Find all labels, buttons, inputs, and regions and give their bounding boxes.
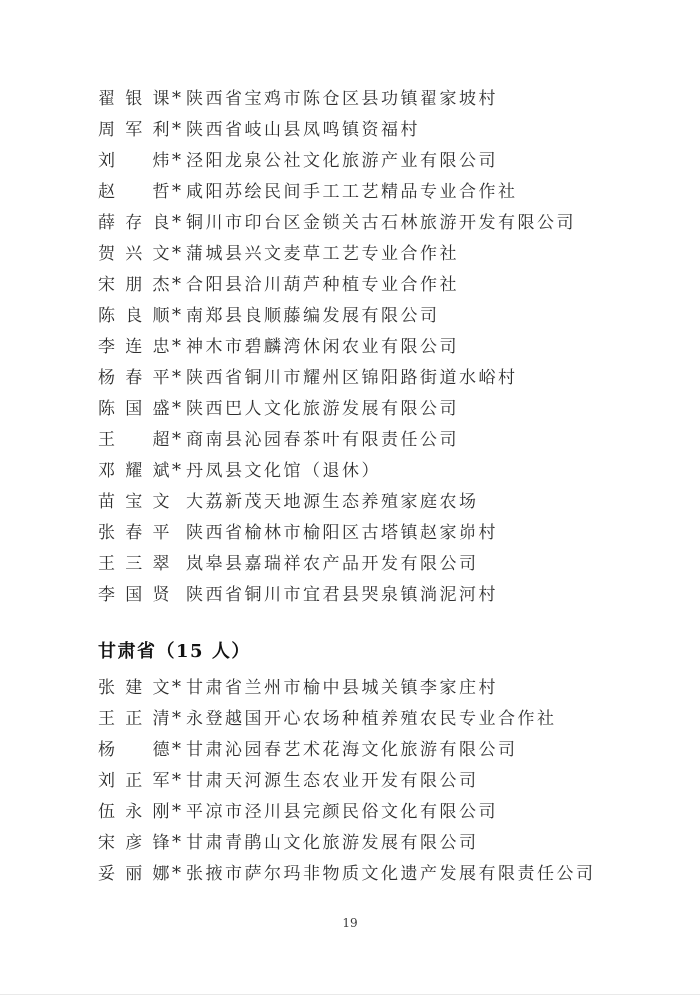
recommended-star-marker: * (172, 367, 186, 388)
organization-name: 蒲城县兴文麦草工艺专业合作社 (186, 239, 459, 264)
organization-name: 甘肃省兰州市榆中县城关镇李家庄村 (186, 673, 498, 698)
person-name: 邓耀斌 (98, 456, 172, 481)
person-name: 伍永刚 (98, 797, 172, 822)
recommended-star-marker: * (172, 398, 186, 419)
person-name: 妥丽娜 (98, 859, 172, 884)
roster-row: 王正清 * 永登越国开心农场种植养殖农民专业合作社 (98, 701, 670, 732)
organization-name: 咸阳苏绘民间手工工艺精品专业合作社 (186, 177, 518, 202)
recommended-star-marker: * (172, 832, 186, 853)
organization-name: 甘肃青鹃山文化旅游发展有限公司 (186, 828, 479, 853)
roster-row: 陈国盛 * 陕西巴人文化旅游发展有限公司 (98, 391, 670, 422)
organization-name: 甘肃沁园春艺术花海文化旅游有限公司 (186, 735, 518, 760)
person-name: 宋彦锋 (98, 828, 172, 853)
page-number: 19 (342, 916, 357, 930)
roster-row: 杨 德 * 甘肃沁园春艺术花海文化旅游有限公司 (98, 732, 670, 763)
person-name: 刘 炜 (98, 146, 172, 171)
person-name: 张建文 (98, 673, 172, 698)
page-footer: 19 (0, 916, 700, 930)
organization-name: 泾阳龙泉公社文化旅游产业有限公司 (186, 146, 498, 171)
organization-name: 商南县沁园春茶叶有限责任公司 (186, 425, 459, 450)
organization-name: 合阳县洽川葫芦种植专业合作社 (186, 270, 459, 295)
recommended-star-marker: * (172, 770, 186, 791)
roster-row: 宋朋杰 * 合阳县洽川葫芦种植专业合作社 (98, 267, 670, 298)
person-name: 王正清 (98, 704, 172, 729)
roster-content: 翟银课 * 陕西省宝鸡市陈仓区县功镇翟家坡村 周军利 * 陕西省岐山县凤鸣镇资福… (98, 81, 670, 887)
recommended-star-marker: * (172, 212, 186, 233)
recommended-star-marker: * (172, 460, 186, 481)
organization-name: 平凉市泾川县完颜民俗文化有限公司 (186, 797, 498, 822)
roster-row: 周军利 * 陕西省岐山县凤鸣镇资福村 (98, 112, 670, 143)
roster-section-gansu: 甘肃省（15 人） 张建文 * 甘肃省兰州市榆中县城关镇李家庄村 王正清 * 永… (98, 636, 670, 887)
roster-row: 刘 炜 * 泾阳龙泉公社文化旅游产业有限公司 (98, 143, 670, 174)
roster-row: 杨春平 * 陕西省铜川市耀州区锦阳路街道水峪村 (98, 360, 670, 391)
roster-row: 苗宝文 大荔新茂天地源生态养殖家庭农场 (98, 484, 670, 515)
province-section-header: 甘肃省（15 人） (98, 636, 670, 667)
recommended-star-marker: * (172, 863, 186, 884)
roster-row: 李国贤 陕西省铜川市宜君县哭泉镇淌泥河村 (98, 577, 670, 608)
organization-name: 神木市碧麟湾休闲农业有限公司 (186, 332, 459, 357)
organization-name: 陕西省榆林市榆阳区古塔镇赵家峁村 (186, 518, 498, 543)
roster-row: 王 超 * 商南县沁园春茶叶有限责任公司 (98, 422, 670, 453)
organization-name: 甘肃天河源生态农业开发有限公司 (186, 766, 479, 791)
recommended-star-marker: * (172, 274, 186, 295)
roster-row: 邓耀斌 * 丹凤县文化馆（退休） (98, 453, 670, 484)
person-name: 杨 德 (98, 735, 172, 760)
person-name: 翟银课 (98, 84, 172, 109)
recommended-star-marker: * (172, 429, 186, 450)
person-name: 李国贤 (98, 580, 172, 605)
recommended-star-marker: * (172, 88, 186, 109)
recommended-star-marker: * (172, 243, 186, 264)
recommended-star-marker: * (172, 677, 186, 698)
person-name: 周军利 (98, 115, 172, 140)
organization-name: 陕西省宝鸡市陈仓区县功镇翟家坡村 (186, 84, 498, 109)
organization-name: 陕西省岐山县凤鸣镇资福村 (186, 115, 420, 140)
person-name: 薛存良 (98, 208, 172, 233)
roster-row: 赵 哲 * 咸阳苏绘民间手工工艺精品专业合作社 (98, 174, 670, 205)
recommended-star-marker: * (172, 739, 186, 760)
organization-name: 铜川市印台区金锁关古石林旅游开发有限公司 (186, 208, 576, 233)
recommended-star-marker: * (172, 336, 186, 357)
recommended-star-marker: * (172, 305, 186, 326)
person-name: 陈国盛 (98, 394, 172, 419)
person-name: 苗宝文 (98, 487, 172, 512)
organization-name: 大荔新茂天地源生态养殖家庭农场 (186, 487, 479, 512)
recommended-star-marker: * (172, 150, 186, 171)
person-name: 王三翠 (98, 549, 172, 574)
recommended-star-marker: * (172, 181, 186, 202)
organization-name: 永登越国开心农场种植养殖农民专业合作社 (186, 704, 557, 729)
person-name: 王 超 (98, 425, 172, 450)
roster-row: 伍永刚 * 平凉市泾川县完颜民俗文化有限公司 (98, 794, 670, 825)
roster-row: 李连忠 * 神木市碧麟湾休闲农业有限公司 (98, 329, 670, 360)
person-name: 杨春平 (98, 363, 172, 388)
organization-name: 丹凤县文化馆（退休） (186, 456, 381, 481)
person-name: 张春平 (98, 518, 172, 543)
person-name: 李连忠 (98, 332, 172, 357)
organization-name: 陕西省铜川市耀州区锦阳路街道水峪村 (186, 363, 518, 388)
roster-section-shaanxi-continued: 翟银课 * 陕西省宝鸡市陈仓区县功镇翟家坡村 周军利 * 陕西省岐山县凤鸣镇资福… (98, 81, 670, 608)
document-page: 翟银课 * 陕西省宝鸡市陈仓区县功镇翟家坡村 周军利 * 陕西省岐山县凤鸣镇资福… (0, 0, 700, 995)
roster-row: 翟银课 * 陕西省宝鸡市陈仓区县功镇翟家坡村 (98, 81, 670, 112)
roster-rows: 张建文 * 甘肃省兰州市榆中县城关镇李家庄村 王正清 * 永登越国开心农场种植养… (98, 670, 670, 887)
roster-row: 妥丽娜 * 张掖市萨尔玛非物质文化遗产发展有限责任公司 (98, 856, 670, 887)
recommended-star-marker: * (172, 801, 186, 822)
roster-row: 陈良顺 * 南郑县良顺藤编发展有限公司 (98, 298, 670, 329)
roster-row: 贺兴文 * 蒲城县兴文麦草工艺专业合作社 (98, 236, 670, 267)
person-name: 刘正军 (98, 766, 172, 791)
person-name: 贺兴文 (98, 239, 172, 264)
roster-row: 王三翠 岚皋县嘉瑞祥农产品开发有限公司 (98, 546, 670, 577)
organization-name: 张掖市萨尔玛非物质文化遗产发展有限责任公司 (186, 859, 596, 884)
recommended-star-marker: * (172, 119, 186, 140)
recommended-star-marker: * (172, 708, 186, 729)
roster-row: 薛存良 * 铜川市印台区金锁关古石林旅游开发有限公司 (98, 205, 670, 236)
organization-name: 岚皋县嘉瑞祥农产品开发有限公司 (186, 549, 479, 574)
organization-name: 陕西省铜川市宜君县哭泉镇淌泥河村 (186, 580, 498, 605)
roster-row: 宋彦锋 * 甘肃青鹃山文化旅游发展有限公司 (98, 825, 670, 856)
roster-row: 张春平 陕西省榆林市榆阳区古塔镇赵家峁村 (98, 515, 670, 546)
roster-row: 刘正军 * 甘肃天河源生态农业开发有限公司 (98, 763, 670, 794)
organization-name: 南郑县良顺藤编发展有限公司 (186, 301, 440, 326)
roster-row: 张建文 * 甘肃省兰州市榆中县城关镇李家庄村 (98, 670, 670, 701)
person-name: 宋朋杰 (98, 270, 172, 295)
organization-name: 陕西巴人文化旅游发展有限公司 (186, 394, 459, 419)
person-name: 陈良顺 (98, 301, 172, 326)
person-name: 赵 哲 (98, 177, 172, 202)
roster-rows: 翟银课 * 陕西省宝鸡市陈仓区县功镇翟家坡村 周军利 * 陕西省岐山县凤鸣镇资福… (98, 81, 670, 608)
